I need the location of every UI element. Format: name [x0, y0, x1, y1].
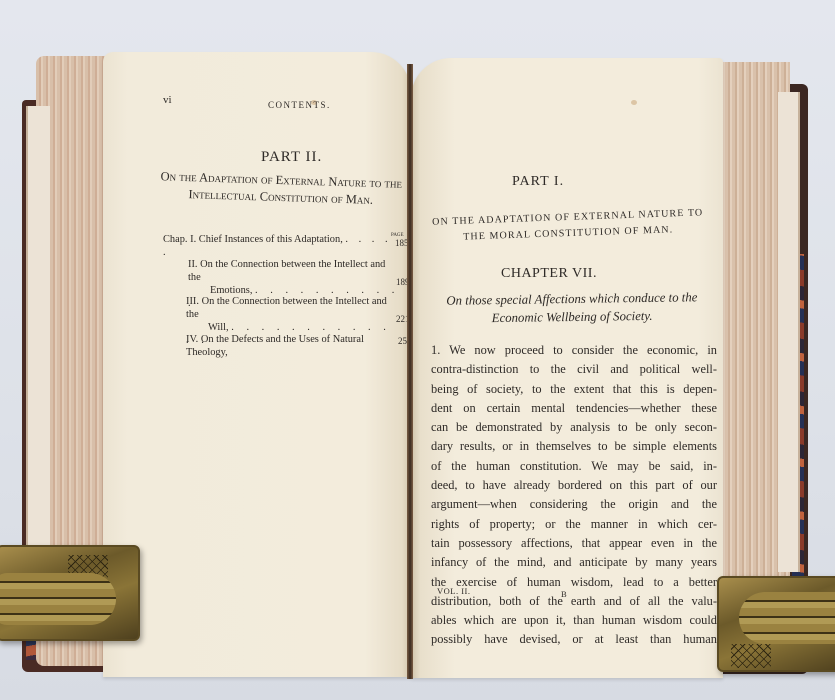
body-line: contra-distinction to the civil and poli…	[431, 360, 717, 379]
body-line: distribution, both of the earth and of a…	[431, 592, 717, 611]
page-stack-right	[718, 62, 790, 577]
body-line: rights of property; or the manner in whi…	[431, 515, 717, 534]
folio-number: vi	[163, 94, 172, 106]
toc-entry[interactable]: Chap. I. Chief Instances of this Adaptat…	[163, 233, 399, 259]
body-line: can be demonstrated by analysis to be on…	[431, 418, 717, 437]
body-line: dary results, or in themselves to be sim…	[431, 437, 717, 456]
toc-prefix: IV.	[186, 334, 198, 345]
body-line: tain possessory affections, that appear …	[431, 534, 717, 553]
right-page: PART I. ON THE ADAPTATION OF EXTERNAL NA…	[411, 58, 723, 678]
foxing-spot	[631, 100, 637, 105]
body-line: being of society, to the extent that thi…	[431, 380, 717, 399]
body-text: 1. We now proceed to consider the econom…	[431, 341, 717, 650]
body-line: deed, to have already bordered on this p…	[431, 476, 717, 495]
chapter-subtitle: On those special Affections which conduc…	[427, 288, 717, 328]
endpaper-right	[778, 92, 800, 572]
lattice-cuff-icon	[731, 644, 771, 668]
part-subtitle: On the Adaptation of External Nature to …	[151, 168, 412, 210]
body-line: ables which are upon it, than human wisd…	[431, 611, 717, 630]
footer-volume: VOL. II.	[437, 586, 471, 596]
part-subtitle: ON THE ADAPTATION OF EXTERNAL NATURE TO …	[423, 205, 714, 247]
toc-prefix: II.	[188, 259, 198, 270]
footer-signature: B	[561, 589, 567, 599]
hand-icon	[739, 592, 835, 644]
toc-prefix: Chap. I.	[163, 234, 196, 245]
part-title: PART II.	[261, 149, 322, 166]
body-line: argument—when considering the origin and…	[431, 495, 717, 514]
hand-icon	[0, 573, 116, 625]
toc-title: On the Connection between the Intellect …	[188, 259, 385, 283]
body-line: infancy of the mind, and anticipate by m…	[431, 553, 717, 572]
toc-title: On the Connection between the Intellect …	[186, 296, 387, 320]
part-title: PART I.	[512, 174, 564, 190]
body-line: of the human constitution. We may be sai…	[431, 457, 717, 476]
toc-title: On the Defects and the Uses of Natural T…	[186, 334, 364, 358]
toc-entry[interactable]: IV. On the Defects and the Uses of Natur…	[186, 333, 406, 359]
left-page: vi CONTENTS. PART II. On the Adaptation …	[103, 52, 411, 677]
brass-hand-bookend-left	[0, 545, 140, 641]
body-line: dent on certain mental tendencies—whethe…	[431, 399, 717, 418]
book-gutter	[407, 64, 413, 679]
toc-title-cont: Will,	[186, 322, 229, 333]
running-head: CONTENTS.	[268, 100, 331, 110]
brass-hand-bookend-right	[717, 576, 835, 672]
body-line: the exercise of human wisdom, lead to a …	[431, 573, 717, 592]
toc-title: Chief Instances of this Adaptation,	[199, 234, 343, 245]
body-line: 1. We now proceed to consider the econom…	[431, 341, 717, 360]
chapter-title: CHAPTER VII.	[501, 266, 597, 282]
toc-prefix: III.	[186, 296, 199, 307]
body-line: possibly have devised, or at least than …	[431, 630, 717, 649]
